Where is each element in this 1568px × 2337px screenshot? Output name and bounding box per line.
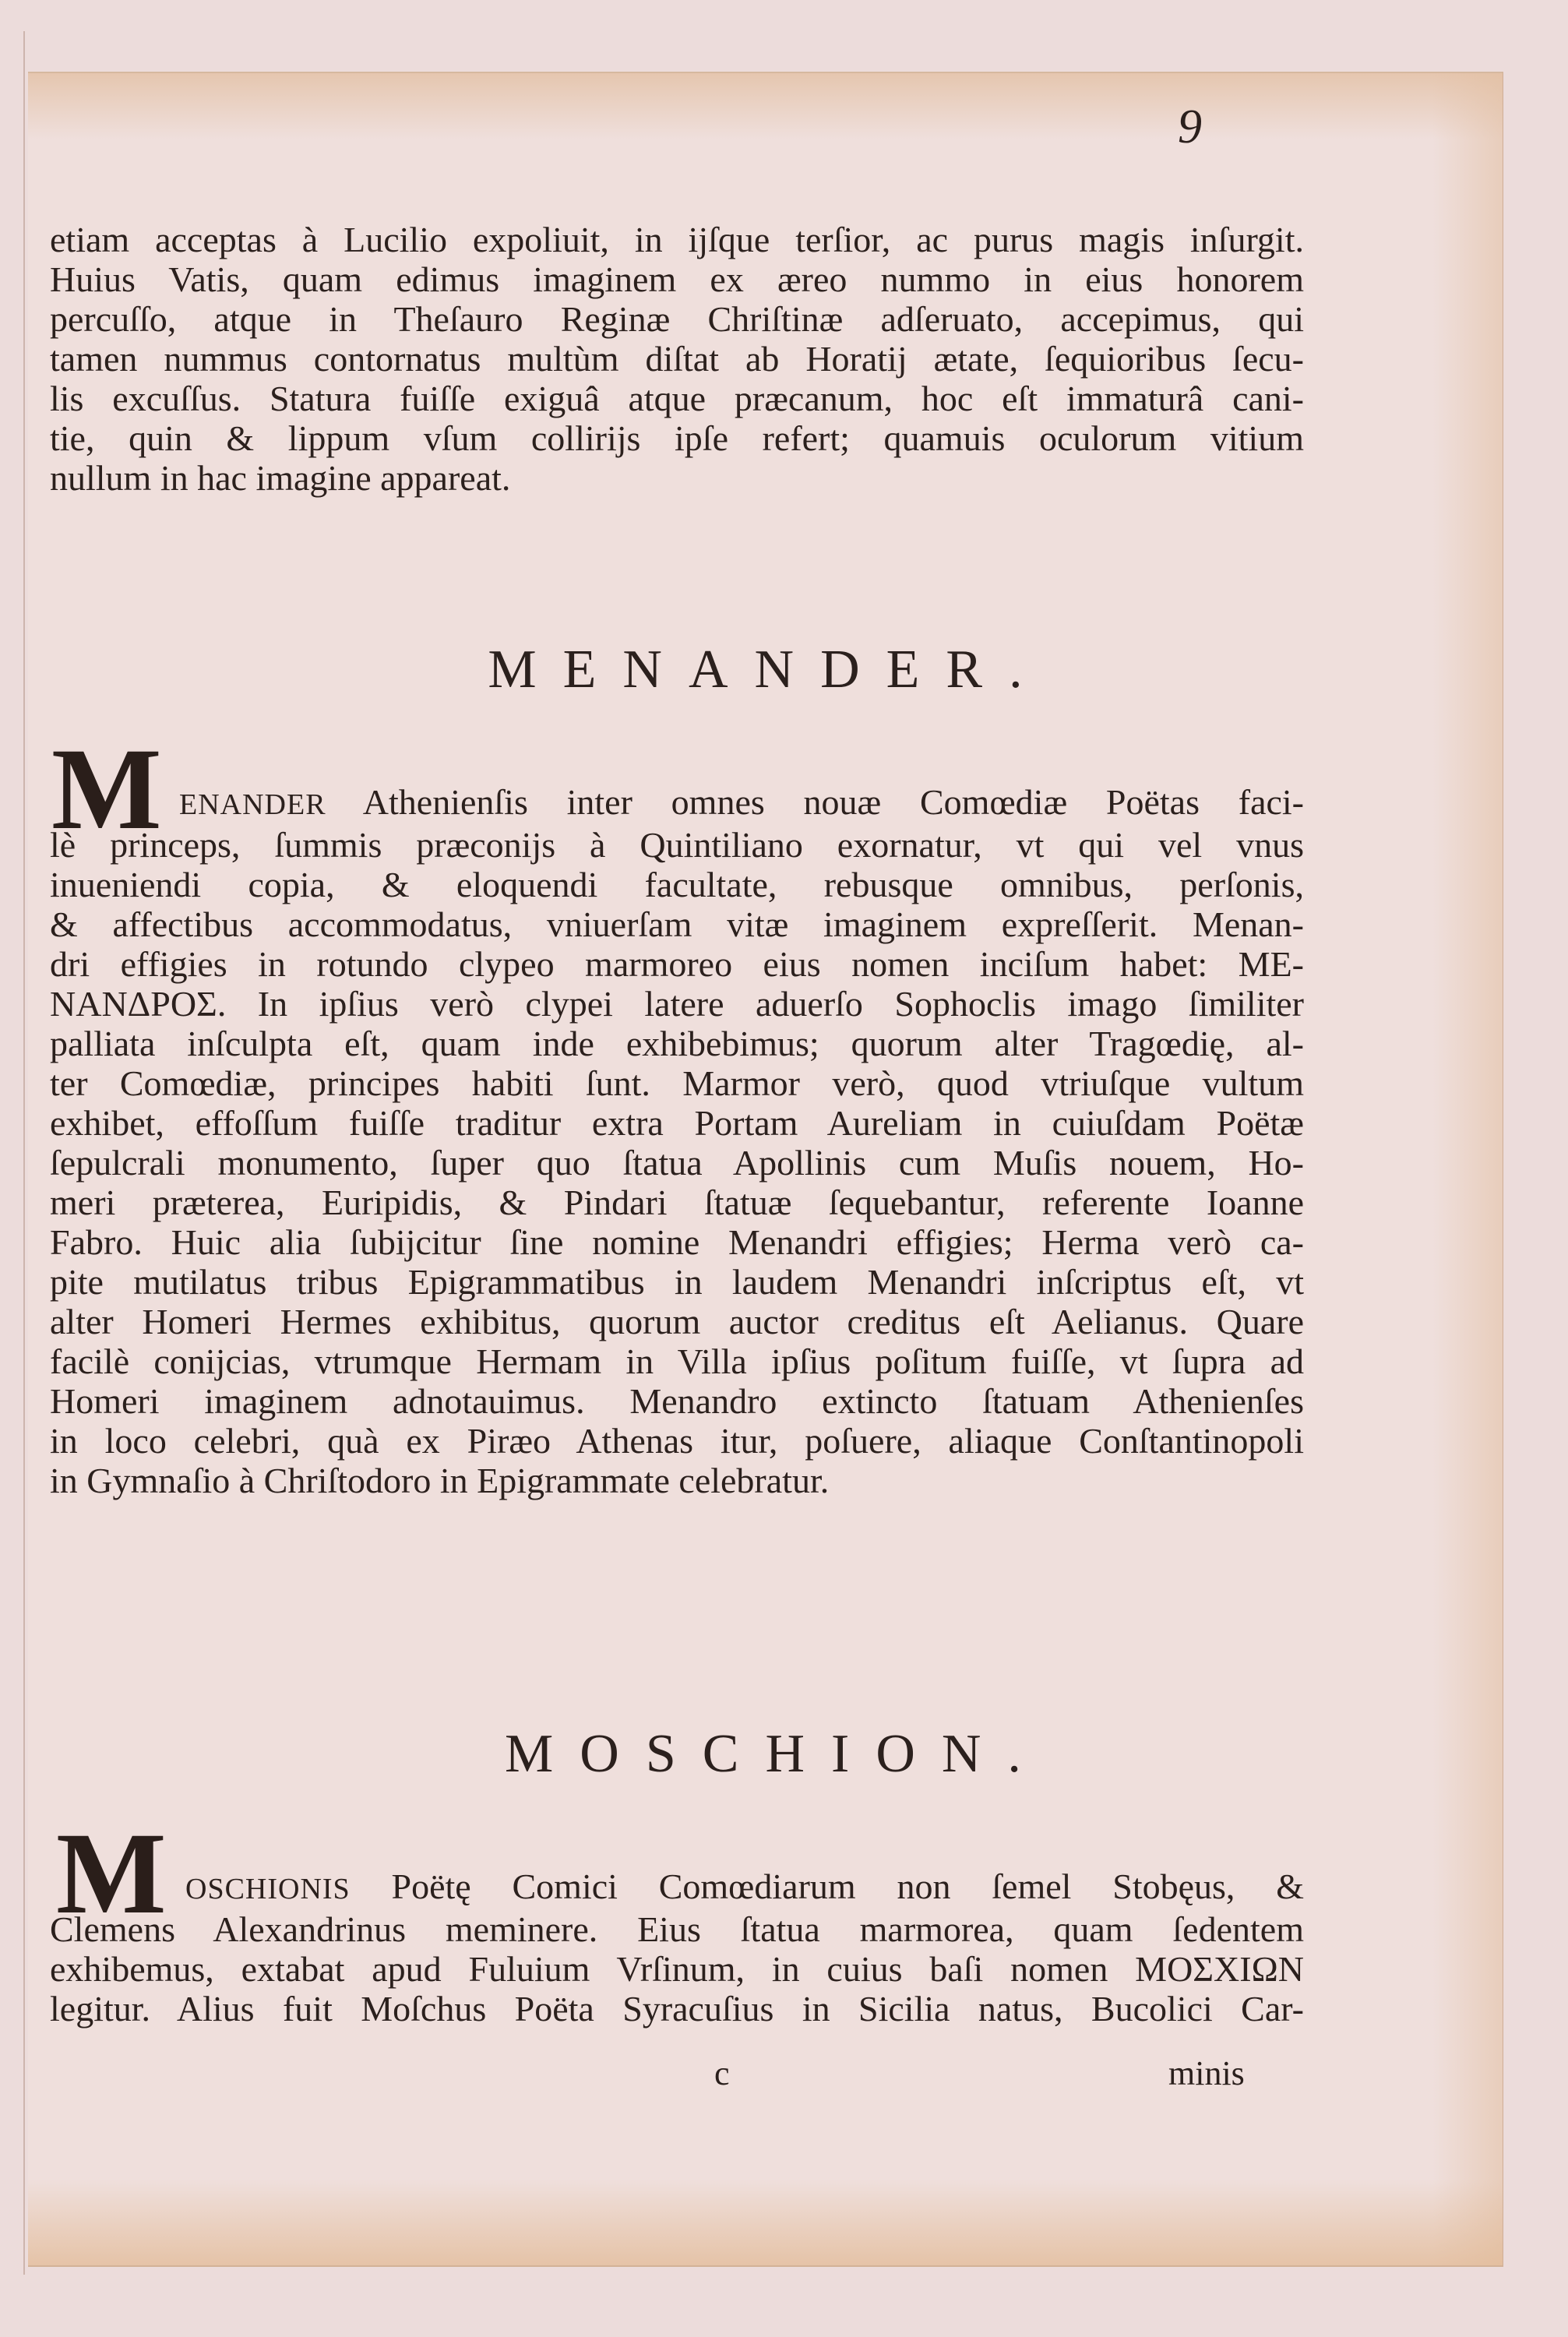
text-line: tamen nummus contornatus multùm diſtat a… [50,339,1304,379]
text-line: OSCHIONIS Poëtę Comici Comœdiarum non ſe… [50,1866,1304,1909]
binding-edge [23,31,25,2275]
text-line: lè princeps, ſummis præconijs à Quintili… [50,825,1304,865]
text-line: ΝΑΝΔΡΟΣ. In ipſius verò clypei latere ad… [50,984,1304,1024]
text-line: pite mutilatus tribus Epigrammatibus in … [50,1262,1304,1302]
lead-word: ENANDER [179,788,326,821]
text-line: palliata inſculpta eſt, quam inde exhibe… [50,1024,1304,1063]
water-stain-right [1432,73,1503,2265]
text-line: facilè conijcias, vtrumque Hermam in Vil… [50,1341,1304,1381]
text-line: dri effigies in rotundo clypeo marmoreo … [50,944,1304,984]
water-stain-bottom [28,2180,1503,2265]
text-line: ter Comœdiæ, principes habiti ſunt. Marm… [50,1063,1304,1103]
intro-paragraph: etiam acceptas à Lucilio expoliuit, in i… [50,220,1304,498]
text-line: alter Homeri Hermes exhibitus, quorum au… [50,1302,1304,1341]
section-heading-moschion: MOSCHION. [0,1723,1560,1785]
text-line: exhibet, effoſſum fuiſſe traditur extra … [50,1103,1304,1143]
text-line: lis excuſſus. Statura fuiſſe exiguâ atqu… [50,379,1304,418]
text-line: Clemens Alexandrinus meminere. Eius ſtat… [50,1909,1304,1949]
text-line: inueniendi copia, & eloquendi facultate,… [50,865,1304,904]
water-stain-top [28,73,1503,139]
text-line: in loco celebri, quà ex Piræo Athenas it… [50,1421,1304,1461]
catchword: minis [1168,2053,1245,2093]
text-line: exhibemus, extabat apud Fuluium Vrſinum,… [50,1949,1304,1989]
text-line: & affectibus accommodatus, vniuerſam vit… [50,904,1304,944]
text-line: percuſſo, atque in Theſauro Reginæ Chriſ… [50,299,1304,339]
lead-word: OSCHIONIS [185,1873,351,1905]
text-line: ENANDER Athenienſis inter omnes nouæ Com… [50,782,1304,825]
section-heading-menander: MENANDER. [0,639,1552,701]
text-line: etiam acceptas à Lucilio expoliuit, in i… [50,220,1304,259]
text-line: Homeri imaginem adnotauimus. Menandro ex… [50,1381,1304,1421]
moschion-paragraph: OSCHIONIS Poëtę Comici Comœdiarum non ſe… [50,1866,1304,2029]
text-line: nullum in hac imagine appareat. [50,458,1304,498]
text-line: ſepulcrali monumento, ſuper quo ſtatua A… [50,1143,1304,1183]
text-line: meri præterea, Euripidis, & Pindari ſtat… [50,1183,1304,1222]
text-line: legitur. Alius fuit Moſchus Poëta Syracu… [50,1989,1304,2029]
text-line: in Gymnaſio à Chriſtodoro in Epigrammate… [50,1461,1304,1500]
text-line: Huius Vatis, quam edimus imaginem ex ære… [50,259,1304,299]
page-number: 9 [1178,100,1202,155]
text-line: tie, quin & lippum vſum collirijs ipſe r… [50,418,1304,458]
signature-mark: c [714,2053,730,2093]
text-line: Fabro. Huic alia ſubijcitur ſine nomine … [50,1222,1304,1262]
menander-paragraph: ENANDER Athenienſis inter omnes nouæ Com… [50,782,1304,1500]
